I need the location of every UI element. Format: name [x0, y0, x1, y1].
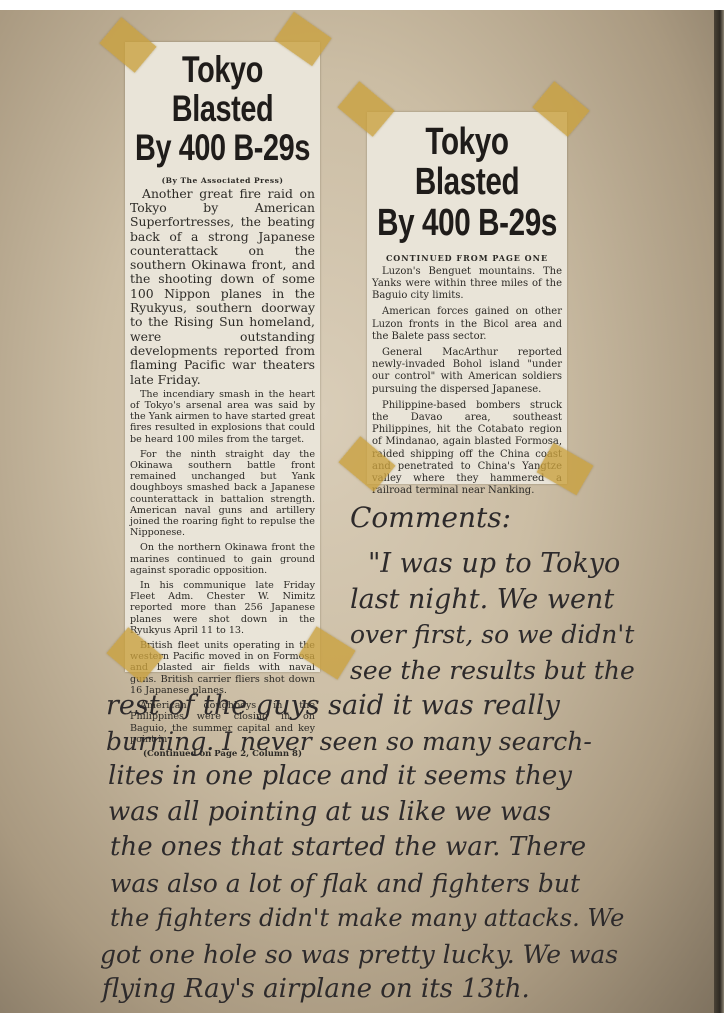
handwritten-line: burning. I never seen so many search- [100, 724, 635, 760]
article-paragraph: American forces gained on other Luzon fr… [367, 306, 567, 343]
headline-line-1: Tokyo Blasted [129, 50, 315, 128]
handwritten-line: the ones that started the war. There [100, 830, 635, 866]
handwritten-line: was also a lot of flak and fighters but [100, 866, 635, 902]
handwritten-line: rest of the guys said it was really [100, 688, 635, 724]
handwritten-line: got one hole so was pretty lucky. We was [100, 937, 635, 973]
continued-from-label: CONTINUED FROM PAGE ONE [367, 253, 567, 263]
byline: (By The Associated Press) [125, 176, 320, 185]
headline-line-2: By 400 B-29s [370, 203, 563, 243]
article-paragraph: For the ninth straight day the Okinawa s… [125, 449, 320, 539]
handwritten-comments-title: Comments: [350, 500, 511, 536]
lead-paragraph: Another great fire raid on Tokyo by Amer… [125, 187, 320, 387]
page-edge [714, 10, 724, 1013]
newspaper-clipping-continued: Tokyo Blasted By 400 B-29s CONTINUED FRO… [367, 112, 567, 484]
handwritten-line: "I was up to Tokyo [100, 546, 635, 582]
clipping-headline: Tokyo Blasted By 400 B-29s [370, 122, 563, 243]
handwritten-line: lites in one place and it seems they [100, 759, 635, 795]
headline-line-2: By 400 B-29s [129, 128, 315, 167]
handwritten-line: over first, so we didn't [100, 617, 635, 653]
handwritten-line: flying Ray's airplane on its 13th. [100, 972, 635, 1008]
handwritten-line: was all pointing at us like we was [100, 795, 635, 831]
article-paragraph: Luzon's Benguet mountains. The Yanks wer… [367, 266, 567, 303]
handwritten-line: the fighters didn't make many attacks. W… [100, 901, 635, 937]
headline-line-1: Tokyo Blasted [370, 122, 563, 203]
handwritten-line: see the results but the [100, 653, 635, 689]
article-paragraph: General MacArthur reported newly-invaded… [367, 347, 567, 396]
handwritten-comments: "I was up to Tokyo last night. We went o… [100, 546, 635, 1008]
article-paragraph: Philippine-based bombers struck the Dava… [367, 400, 567, 498]
clipping-headline: Tokyo Blasted By 400 B-29s [129, 50, 315, 168]
handwritten-line: last night. We went [100, 582, 635, 618]
article-paragraph: The incendiary smash in the heart of Tok… [125, 389, 320, 445]
